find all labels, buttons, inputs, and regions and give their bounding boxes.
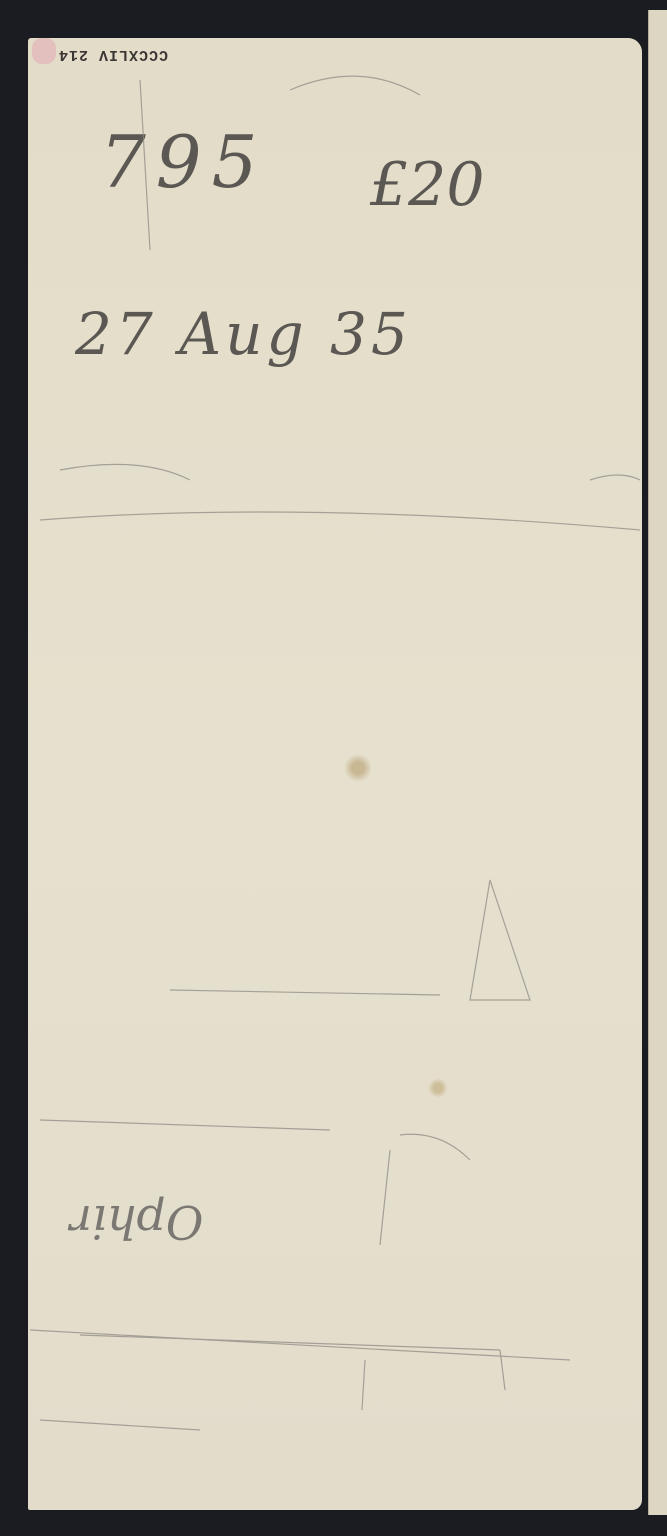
pencil-sketch-lines	[0, 0, 667, 1536]
